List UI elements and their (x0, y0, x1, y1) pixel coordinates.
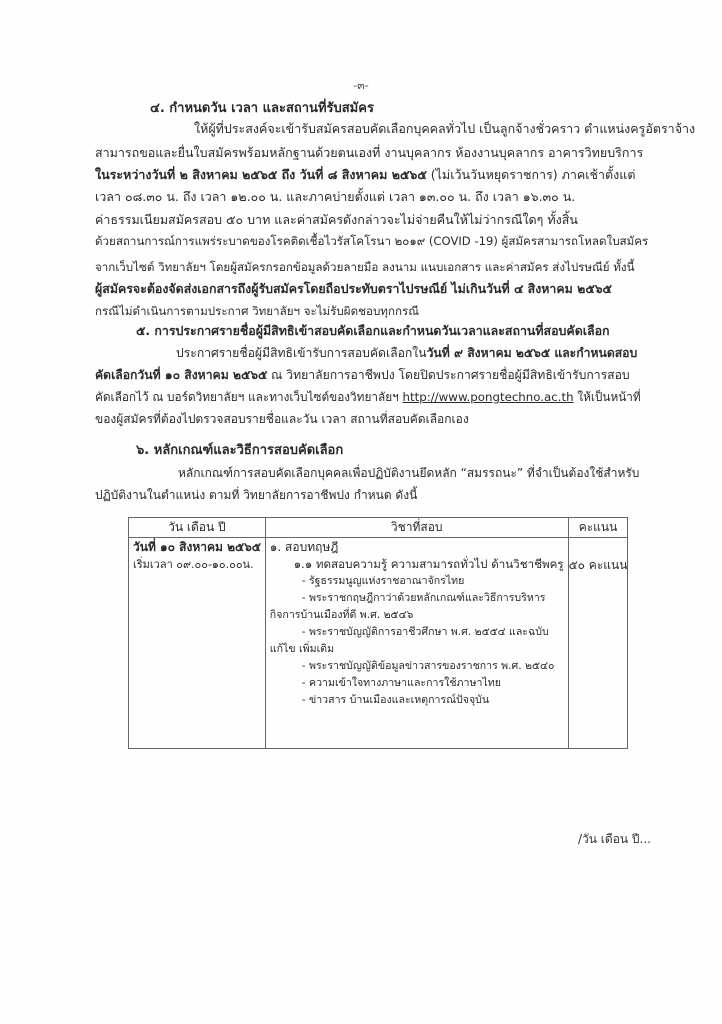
header-subject: วิชาที่สอบ (265, 518, 568, 538)
exam-schedule-table: วัน เดือน ปี วิชาที่สอบ คะแนน วันที่ ๑๐ … (128, 517, 628, 749)
section-4-deadline: ผู้สมัครจะต้องจัดส่งเอกสารถึงผู้รับสมัคร… (95, 280, 612, 298)
section-5-text-normal: ให้เป็นหน้าที่ (574, 390, 641, 404)
exam-score: ๕๐ คะแนน (569, 557, 628, 574)
subject-title: ๑. สอบทฤษฎี (270, 539, 564, 556)
header-date: วัน เดือน ปี (129, 518, 266, 538)
subject-topic: - รัฐธรรมนูญแห่งราชอาณาจักรไทย (270, 573, 564, 590)
subject-topic: - พระราชบัญญัติการอาชีวศึกษา พ.ศ. ๒๕๕๔ แ… (270, 624, 564, 641)
table-row: วันที่ ๑๐ สิงหาคม ๒๕๖๕ เริ่มเวลา ๐๙.๐๐-๑… (129, 538, 628, 749)
section-5-text-normal: ณ วิทยาลัยการอาชีพปง โดยปิดประกาศรายชื่อ… (267, 368, 629, 382)
section-4-text: สามารถขอและยื่นใบสมัครพร้อมหลักฐานด้วยตน… (95, 144, 643, 162)
section-6-heading: ๖. หลักเกณฑ์และวิธีการสอบคัดเลือก (136, 442, 343, 460)
subject-topic: - พระราชบัญญัติข้อมูลข่าวสารของราชการ พ.… (270, 658, 564, 675)
exam-date-cell: วันที่ ๑๐ สิงหาคม ๒๕๖๕ เริ่มเวลา ๐๙.๐๐-๑… (129, 538, 266, 749)
section-4-date-range: ในระหว่างวันที่ ๒ สิงหาคม ๒๕๖๕ ถึง วันที… (95, 166, 635, 184)
date-range-bold: ในระหว่างวันที่ ๒ สิงหาคม ๒๕๖๕ ถึง วันที… (95, 167, 427, 182)
subject-topic: - พระราชกฤษฎีกาว่าด้วยหลักเกณฑ์และวิธีกา… (270, 590, 564, 607)
subject-topic: กิจการบ้านเมืองที่ดี พ.ศ. ๒๕๔๖ (270, 607, 564, 624)
section-4-text: กรณีไม่ดำเนินการตามประกาศ วิทยาลัยฯ จะไม… (95, 302, 419, 320)
exam-time: เริ่มเวลา ๐๙.๐๐-๑๐.๐๐น. (133, 556, 261, 573)
subject-topic: แก้ไข เพิ่มเติม (270, 641, 564, 658)
section-5-text-normal: คัดเลือกไว้ ณ บอร์ดวิทยาลัยฯ และทางเว็บไ… (95, 390, 403, 404)
section-5-text: คัดเลือกวันที่ ๑๐ สิงหาคม ๒๕๖๕ ณ วิทยาลั… (95, 366, 630, 384)
table-header-row: วัน เดือน ปี วิชาที่สอบ คะแนน (129, 518, 628, 538)
section-5-text: ของผู้สมัครที่ต้องไปตรวจสอบรายชื่อและวัน… (95, 410, 469, 428)
continuation-marker: /วัน เดือน ปี... (578, 830, 651, 849)
subject-topic: - ข่าวสาร บ้านเมืองและเหตุการณ์ปัจจุบัน (270, 692, 564, 709)
exam-subject-cell: ๑. สอบทฤษฎี ๑.๑ ทดสอบความรู้ ความสามารถท… (265, 538, 568, 749)
exam-date: วันที่ ๑๐ สิงหาคม ๒๕๖๕ (133, 539, 261, 556)
section-4-text: ด้วยสถานการณ์การแพร่ระบาดของโรคติดเชื้อไ… (95, 232, 648, 250)
section-5-text-normal: ประกาศรายชื่อผู้มีสิทธิเข้ารับการสอบคัดเ… (176, 346, 427, 360)
section-4-text: จากเว็บไซต์ วิทยาลัยฯ โดยผู้สมัครกรอกข้อ… (95, 258, 635, 276)
section-5-text: ประกาศรายชื่อผู้มีสิทธิเข้ารับการสอบคัดเ… (176, 344, 637, 362)
exam-score-cell: ๕๐ คะแนน (568, 538, 628, 749)
section-5-heading: ๕. การประกาศรายชื่อผู้มีสิทธิเข้าสอบคัดเ… (136, 322, 610, 340)
section-4-text: ให้ผู้ที่ประสงค์จะเข้ารับสมัครสอบคัดเลือ… (194, 120, 695, 138)
section-4-text: ค่าธรรมเนียมสมัครสอบ ๕๐ บาท และค่าสมัครด… (95, 211, 578, 229)
college-website-link[interactable]: http://www.pongtechno.ac.th (403, 390, 574, 404)
header-score: คะแนน (568, 518, 628, 538)
subject-subtitle: ๑.๑ ทดสอบความรู้ ความสามารถทั่วไป ด้านวิ… (270, 556, 564, 573)
section-4-text: เวลา ๐๘.๓๐ น. ถึง เวลา ๑๒.๐๐ น. และภาคบ่… (95, 188, 575, 206)
section-6-text: ปฏิบัติงานในตำแหน่ง ตามที่ วิทยาลัยการอา… (95, 486, 417, 504)
page-number: -๓- (0, 76, 722, 94)
section-5-text-bold: คัดเลือกวันที่ ๑๐ สิงหาคม ๒๕๖๕ (95, 368, 267, 382)
section-5-text: คัดเลือกไว้ ณ บอร์ดวิทยาลัยฯ และทางเว็บไ… (95, 388, 641, 406)
section-6-text: หลักเกณฑ์การสอบคัดเลือกบุคคลเพื่อปฏิบัติ… (178, 464, 639, 482)
subject-topic: - ความเข้าใจทางภาษาและการใช้ภาษาไทย (270, 675, 564, 692)
section-5-text-bold: วันที่ ๙ สิงหาคม ๒๕๖๕ และกำหนดสอบ (427, 346, 638, 360)
date-range-rest: (ไม่เว้นวันหยุดราชการ) ภาคเช้าตั้งแต่ (427, 167, 636, 182)
section-4-heading: ๔. กำหนดวัน เวลา และสถานที่รับสมัคร (150, 100, 374, 118)
